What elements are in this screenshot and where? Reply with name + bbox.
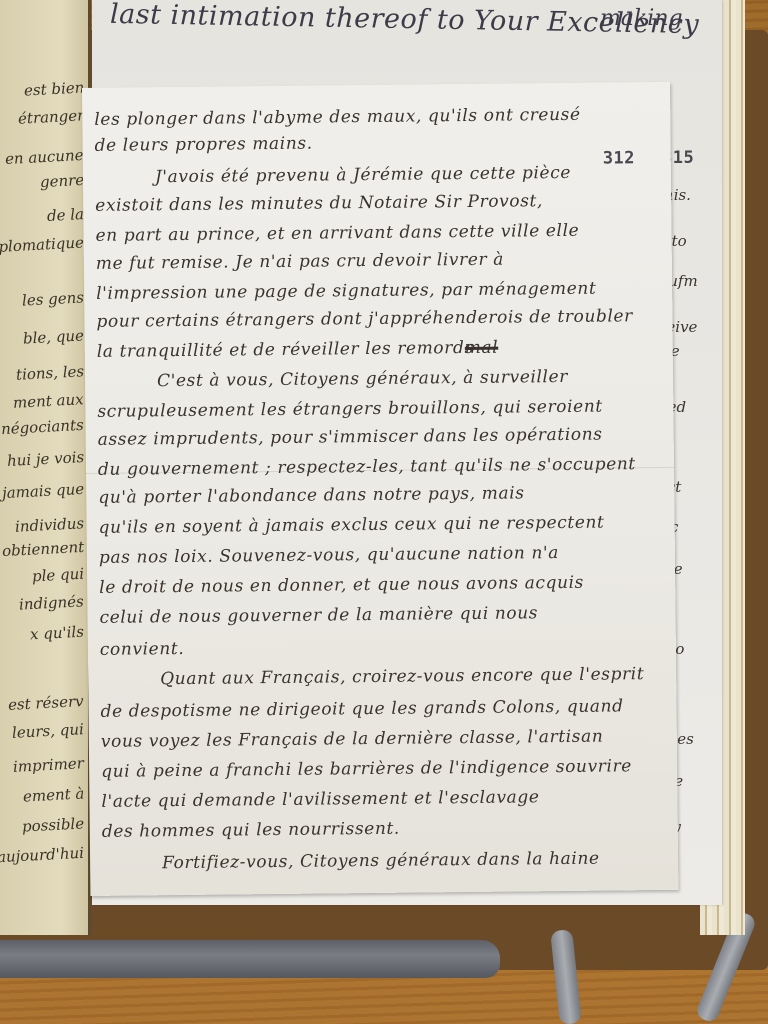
left-page-text: tions, les <box>15 362 84 384</box>
binding-cloth-strip <box>0 940 500 978</box>
letter-line: qu'à porter l'abondance dans notre pays,… <box>98 482 666 508</box>
left-page-text: x qu'ils <box>30 623 85 644</box>
left-page-text: ment aux <box>13 390 84 412</box>
left-page-text: négociants <box>1 416 85 438</box>
letter-line: qu'ils en soyent à jamais exclus ceux qu… <box>99 512 667 538</box>
letter-line: en part au prince, et en arrivant dans c… <box>95 220 663 246</box>
left-page-text: de la <box>47 205 85 225</box>
letter-line: de despotisme ne dirigeoit que les grand… <box>100 696 668 722</box>
left-page-text: obtiennent <box>1 538 84 560</box>
letter-line-text: la tranquillité et de réveiller les remo… <box>97 338 474 362</box>
letter-line: les plonger dans l'abyme des maux, qu'il… <box>94 104 662 130</box>
left-page-text: ple qui <box>31 565 84 586</box>
letter-line: vous voyez les Français de la dernière c… <box>101 726 669 752</box>
left-page-text: imprimer <box>13 754 85 776</box>
left-page-text: les gens <box>22 288 85 309</box>
letter-line: des hommes qui les nourrissent. <box>102 816 670 842</box>
left-page: est bien étranger en aucune genre de la … <box>0 0 91 935</box>
struck-word-text: mal <box>465 338 499 358</box>
struck-word: mal <box>465 338 499 358</box>
letter-line: scrupuleusement les étrangers brouillons… <box>97 396 665 422</box>
letter-line: l'impression une page de signatures, par… <box>96 278 664 304</box>
letter-line: pas nos loix. Souvenez-vous, qu'aucune n… <box>99 542 667 568</box>
letter-line: Fortifiez-vous, Citoyens généraux dans l… <box>102 848 670 874</box>
letter-line: de leurs propres mains. <box>95 130 663 156</box>
underlying-line-end: making <box>600 6 683 31</box>
left-page-text: en aucune <box>5 146 84 168</box>
letter-line: assez imprudents, pour s'immiscer dans l… <box>98 424 666 450</box>
left-page-text: genre <box>39 171 84 191</box>
left-page-text: est bien <box>23 78 84 99</box>
letter-line: convient. <box>100 634 668 660</box>
left-page-text: individus <box>14 514 84 536</box>
letter-line: qui à peine a franchi les barrières de l… <box>101 756 669 782</box>
letter-line: existoit dans les minutes du Notaire Sir… <box>95 190 663 216</box>
left-page-text: aujourd'hui <box>0 844 84 867</box>
letter-line: J'avois été prevenu à Jérémie que cette … <box>95 162 663 188</box>
letter-line: la tranquillité et de réveiller les remo… <box>97 336 665 362</box>
left-page-text: ble, que <box>23 326 85 347</box>
letter-sheet: 312 les plonger dans l'abyme des maux, q… <box>82 82 678 896</box>
letter-line: celui de nous gouverner de la manière qu… <box>99 602 667 628</box>
left-page-text: hui je vois <box>6 448 84 470</box>
left-page-text: jamais que <box>1 480 84 502</box>
left-page-text: diplomatique <box>0 233 84 256</box>
left-page-text: leurs, qui <box>12 720 85 742</box>
letter-line: pour certains étrangers dont j'appréhend… <box>96 306 664 332</box>
letter-line: C'est à vous, Citoyens généraux, à surve… <box>97 366 665 392</box>
left-page-text: ement à <box>22 784 84 805</box>
letter-line: le droit de nous en donner, et que nous … <box>99 572 667 598</box>
letter-line: l'acte qui demande l'avilissement et l'e… <box>101 786 669 812</box>
left-page-text: indignés <box>19 592 85 613</box>
letter-line: me fut remise. Je n'ai pas cru devoir li… <box>96 248 664 274</box>
letter-line: Quant aux Français, croirez-vous encore … <box>100 664 668 690</box>
left-page-text: possible <box>21 814 84 835</box>
letter-line: du gouvernement ; respectez-les, tant qu… <box>98 454 666 480</box>
left-page-text: étranger <box>17 106 84 127</box>
left-page-text: est réserv <box>8 692 84 714</box>
